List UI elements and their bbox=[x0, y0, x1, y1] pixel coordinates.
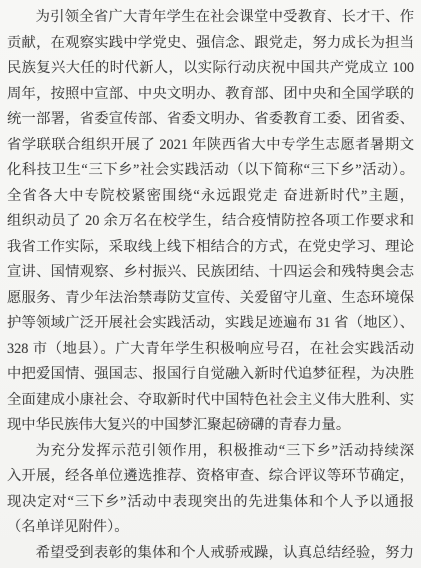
text-line: 省学联联合组织开展了 2021 年陕西省大中专学生志愿者暑期文 bbox=[7, 133, 414, 159]
text-line: 贡献，在观察实践中学党史、强信念、跟党走，努力成长为担当 bbox=[7, 31, 414, 57]
text-line: 为引领全省广大青年学生在社会课堂中受教育、长才干、作 bbox=[7, 5, 414, 31]
text-line: 现决定对“三下乡”活动中表现突出的先进集体和个人予以通报 bbox=[7, 490, 414, 516]
paragraph: 为充分发挥示范引领作用，积极推动“三下乡”活动持续深入开展，经各单位遴选推荐、资… bbox=[7, 439, 414, 541]
text-line: 我省工作实际，采取线上线下相结合的方式，在党史学习、理论 bbox=[7, 235, 414, 261]
text-line: 全面建成小康社会、夺取新时代中国特色社会主义伟大胜利、实 bbox=[7, 388, 414, 414]
text-line: 组织动员了 20 余万名在校学生，结合疫情防控各项工作要求和 bbox=[7, 209, 414, 235]
text-line: 护等领域广泛开展社会实践活动，实践足迹遍布 31 省（地区）、 bbox=[7, 311, 414, 337]
paragraph: 为引领全省广大青年学生在社会课堂中受教育、长才干、作贡献，在观察实践中学党史、强… bbox=[7, 5, 414, 439]
document-text: 为引领全省广大青年学生在社会课堂中受教育、长才干、作贡献，在观察实践中学党史、强… bbox=[7, 5, 414, 566]
paragraph: 希望受到表彰的集体和个人戒骄戒躁，认真总结经验，努力 bbox=[7, 541, 414, 567]
text-line: 入开展，经各单位遴选推荐、资格审查、综合评议等环节确定， bbox=[7, 464, 414, 490]
text-line: 现中华民族伟大复兴的中国梦汇聚起磅礴的青春力量。 bbox=[7, 413, 414, 439]
text-line: （名单详见附件）。 bbox=[7, 515, 414, 541]
text-line: 中把爱国情、强国志、报国行自觉融入新时代追梦征程，为决胜 bbox=[7, 362, 414, 388]
text-line: 愿服务、青少年法治禁毒防艾宣传、关爱留守儿童、生态环境保 bbox=[7, 286, 414, 312]
text-line: 周年，按照中宣部、中央文明办、教育部、团中央和全国学联的 bbox=[7, 82, 414, 108]
text-line: 宣讲、国情观察、乡村振兴、民族团结、十四运会和残特奥会志 bbox=[7, 260, 414, 286]
text-line: 统一部署，省委宣传部、省委文明办、省委教育工委、团省委、 bbox=[7, 107, 414, 133]
text-line: 全省各大中专院校紧密围绕“永远跟党走 奋进新时代”主题， bbox=[7, 184, 414, 210]
text-line: 为充分发挥示范引领作用，积极推动“三下乡”活动持续深 bbox=[7, 439, 414, 465]
text-line: 希望受到表彰的集体和个人戒骄戒躁，认真总结经验，努力 bbox=[7, 541, 414, 567]
document-page: 为引领全省广大青年学生在社会课堂中受教育、长才干、作贡献，在观察实践中学党史、强… bbox=[0, 0, 421, 568]
text-line: 328 市（地县）。广大青年学生积极响应号召，在社会实践活动 bbox=[7, 337, 414, 363]
text-line: 化科技卫生“三下乡”社会实践活动（以下简称“三下乡”活动）。 bbox=[7, 158, 414, 184]
text-line: 民族复兴大任的时代新人，以实际行动庆祝中国共产党成立 100 bbox=[7, 56, 414, 82]
